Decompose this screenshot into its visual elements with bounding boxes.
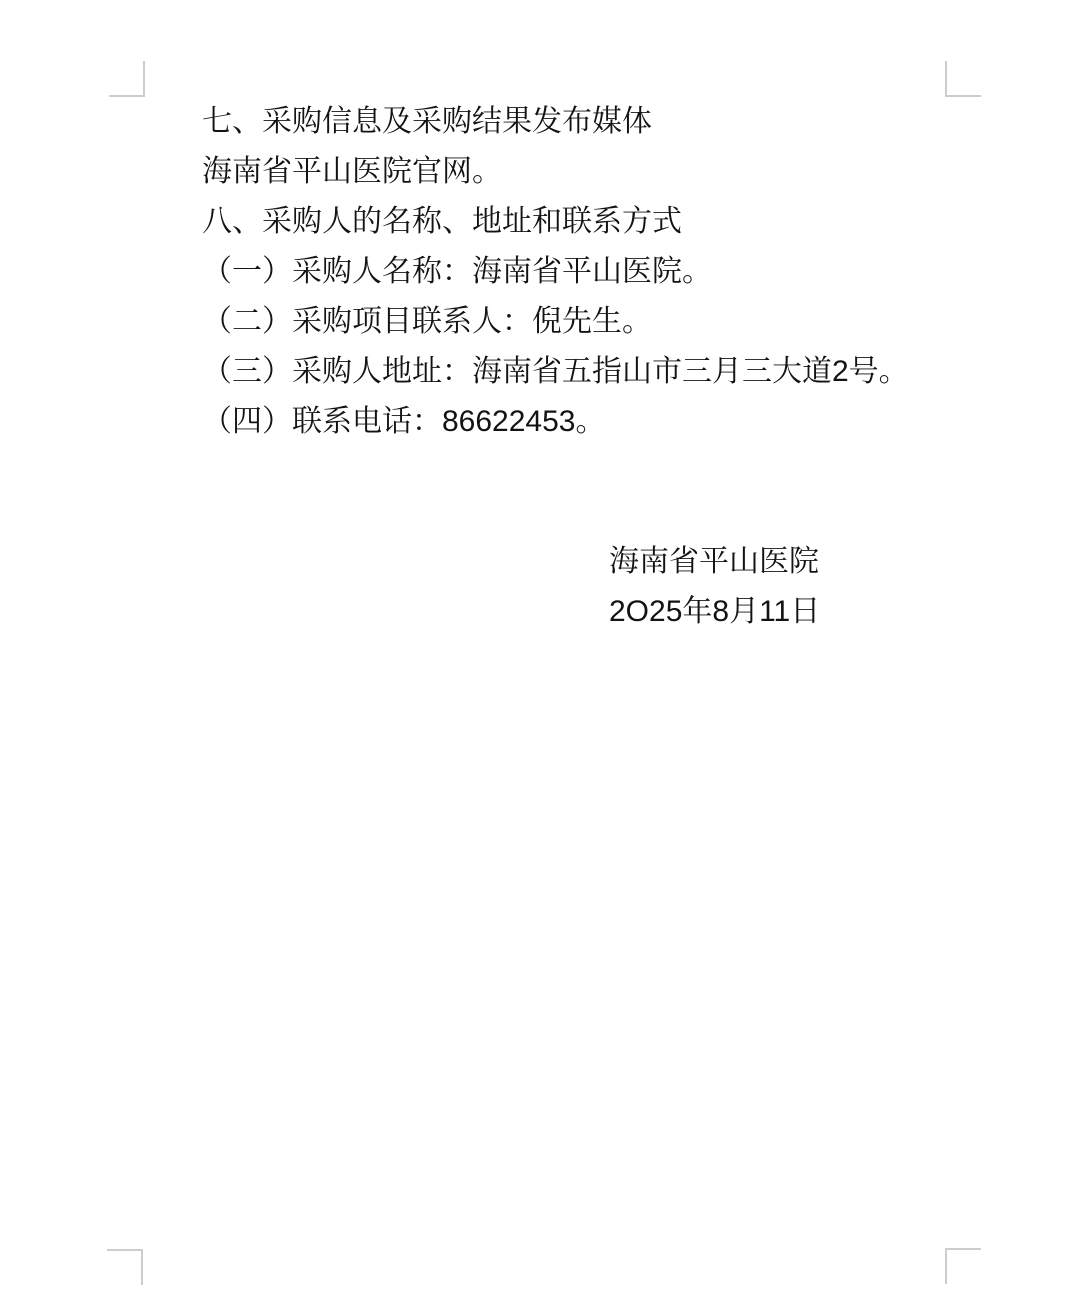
contact-person-item: （二）采购项目联系人：倪先生。 <box>145 297 946 347</box>
purchaser-address-item: （三）采购人地址：海南省五指山市三月三大道2号。 <box>145 347 946 397</box>
crop-mark-bottom-left <box>107 1249 143 1285</box>
section-8-heading: 八、采购人的名称、地址和联系方式 <box>145 197 946 247</box>
crop-mark-top-left <box>109 61 145 97</box>
crop-mark-bottom-right <box>945 1248 981 1284</box>
contact-phone-item: （四）联系电话：86622453。 <box>145 397 946 447</box>
crop-mark-top-right <box>945 61 981 97</box>
signature-block: 海南省平山医院 2O25年8月11日 <box>609 537 820 637</box>
signature-date: 2O25年8月11日 <box>609 587 820 637</box>
section-7-heading: 七、采购信息及采购结果发布媒体 <box>145 97 946 147</box>
signature-organization: 海南省平山医院 <box>609 537 820 587</box>
publish-media-text: 海南省平山医院官网。 <box>145 147 946 197</box>
document-page: 七、采购信息及采购结果发布媒体 海南省平山医院官网。 八、采购人的名称、地址和联… <box>0 0 1080 1302</box>
document-body: 七、采购信息及采购结果发布媒体 海南省平山医院官网。 八、采购人的名称、地址和联… <box>145 97 946 447</box>
purchaser-name-item: （一）采购人名称：海南省平山医院。 <box>145 247 946 297</box>
